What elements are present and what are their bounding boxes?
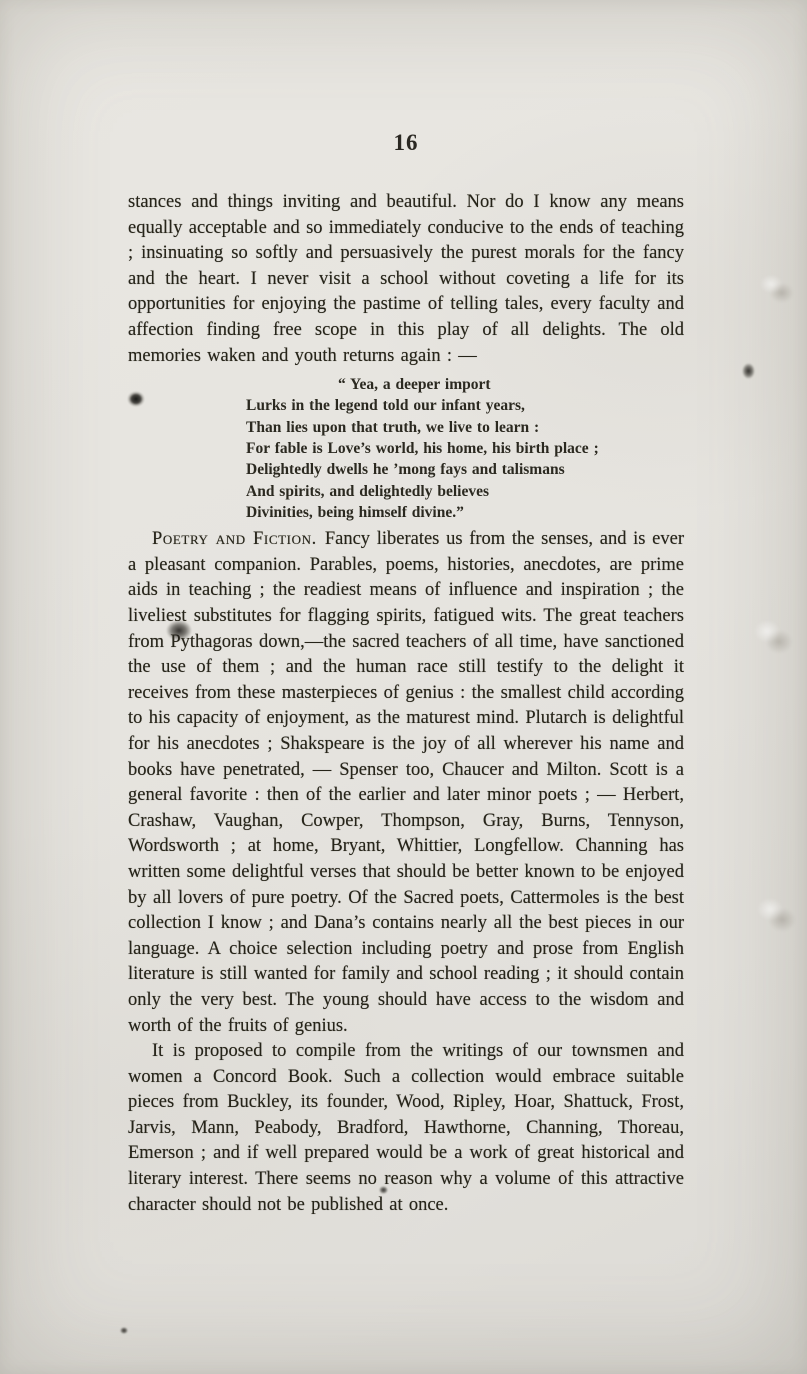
poem-line: And spirits, and delightedly believes: [246, 481, 684, 502]
section-heading: Poetry and Fiction.: [152, 529, 317, 549]
poem-line: Lurks in the legend told our infant year…: [246, 395, 684, 416]
poem-line: Delightedly dwells he ’mong fays and tal…: [246, 459, 684, 480]
poem-line: “ Yea, a deeper import: [246, 374, 684, 395]
scanned-book-page: { "page": { "number": "16" }, "body": { …: [0, 0, 807, 1374]
paragraph-continuation: stances and things inviting and beautifu…: [128, 190, 684, 369]
poem-line: Divinities, being himself divine.”: [246, 502, 684, 523]
poem-line: Than lies upon that truth, we live to le…: [246, 417, 684, 438]
poem-block: “ Yea, a deeper import Lurks in the lege…: [246, 374, 684, 523]
paragraph-concord-book: It is proposed to compile from the writi…: [128, 1039, 684, 1218]
page-number: 16: [128, 130, 684, 156]
paragraph-poetry-and-fiction: Poetry and Fiction.Fancy liberates us fr…: [128, 527, 684, 1039]
poem-line: For fable is Love’s world, his home, his…: [246, 438, 684, 459]
page-text-column: stances and things inviting and beautifu…: [128, 190, 684, 1218]
paragraph-text: Fancy liberates us from the senses, and …: [128, 529, 684, 1035]
